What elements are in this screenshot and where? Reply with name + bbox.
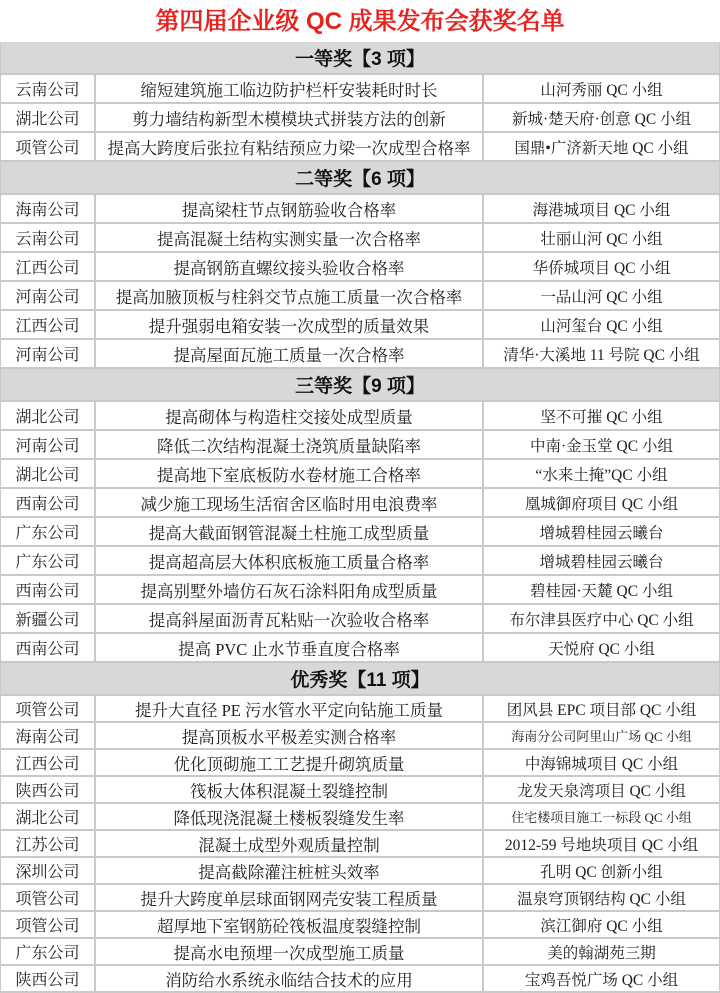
table-row: 项管公司超厚地下室钢筋砼筏板温度裂缝控制滨江御府 QC 小组 bbox=[1, 912, 719, 939]
group-cell: 增城碧桂园云曦台 bbox=[484, 518, 719, 545]
project-cell: 提高钢筋直螺纹接头验收合格率 bbox=[96, 253, 484, 280]
project-cell: 提高加腋顶板与柱斜交节点施工质量一次合格率 bbox=[96, 282, 484, 309]
project-cell: 缩短建筑施工临边防护栏杆安装耗时时长 bbox=[96, 75, 484, 102]
table-row: 深圳公司提高截除灌注桩桩头效率孔明 QC 创新小组 bbox=[1, 858, 719, 885]
company-cell: 广东公司 bbox=[1, 518, 96, 545]
table-row: 项管公司提高大跨度后张拉有粘结预应力梁一次成型合格率国鼎•广济新天地 QC 小组 bbox=[1, 133, 719, 162]
project-cell: 提高梁柱节点钢筋验收合格率 bbox=[96, 195, 484, 222]
company-cell: 项管公司 bbox=[1, 885, 96, 910]
group-cell: 温泉穹顶钢结构 QC 小组 bbox=[484, 885, 719, 910]
group-cell: 山河秀丽 QC 小组 bbox=[484, 75, 719, 102]
project-cell: 提高大跨度后张拉有粘结预应力梁一次成型合格率 bbox=[96, 133, 484, 160]
project-cell: 提高水电预埋一次成型施工质量 bbox=[96, 939, 484, 964]
table-row: 湖北公司提高地下室底板防水卷材施工合格率“水来土掩”QC 小组 bbox=[1, 460, 719, 489]
table-row: 陕西公司消防给水系统永临结合技术的应用宝鸡吾悦广场 QC 小组 bbox=[1, 966, 719, 993]
project-cell: 提高超高层大体积底板施工质量合格率 bbox=[96, 547, 484, 574]
company-cell: 项管公司 bbox=[1, 912, 96, 937]
project-cell: 提升大跨度单层球面钢网壳安装工程质量 bbox=[96, 885, 484, 910]
table-row: 湖北公司降低现浇混凝土楼板裂缝发生率住宅楼项目施工一标段 QC 小组 bbox=[1, 804, 719, 831]
table-row: 新疆公司提高斜屋面沥青瓦粘贴一次验收合格率布尔津县医疗中心 QC 小组 bbox=[1, 605, 719, 634]
project-cell: 提高 PVC 止水节垂直度合格率 bbox=[96, 634, 484, 661]
company-cell: 项管公司 bbox=[1, 696, 96, 721]
table-row: 江西公司提高钢筋直螺纹接头验收合格率华侨城项目 QC 小组 bbox=[1, 253, 719, 282]
table-row: 广东公司提高水电预埋一次成型施工质量美的翰湖苑三期 bbox=[1, 939, 719, 966]
project-cell: 提高大截面钢管混凝土柱施工成型质量 bbox=[96, 518, 484, 545]
project-cell: 提高斜屋面沥青瓦粘贴一次验收合格率 bbox=[96, 605, 484, 632]
table-row: 项管公司提升大跨度单层球面钢网壳安装工程质量温泉穹顶钢结构 QC 小组 bbox=[1, 885, 719, 912]
company-cell: 江西公司 bbox=[1, 311, 96, 338]
group-cell: 宝鸡吾悦广场 QC 小组 bbox=[484, 966, 719, 991]
company-cell: 海南公司 bbox=[1, 195, 96, 222]
group-cell: 滨江御府 QC 小组 bbox=[484, 912, 719, 937]
project-cell: 筏板大体积混凝土裂缝控制 bbox=[96, 777, 484, 802]
group-cell: 团风县 EPC 项目部 QC 小组 bbox=[484, 696, 719, 721]
table-row: 江西公司提升强弱电箱安装一次成型的质量效果山河玺台 QC 小组 bbox=[1, 311, 719, 340]
table-row: 河南公司提高屋面瓦施工质量一次合格率清华·大溪地 11 号院 QC 小组 bbox=[1, 340, 719, 369]
company-cell: 新疆公司 bbox=[1, 605, 96, 632]
project-cell: 提升强弱电箱安装一次成型的质量效果 bbox=[96, 311, 484, 338]
group-cell: 海港城项目 QC 小组 bbox=[484, 195, 719, 222]
project-cell: 提升大直径 PE 污水管水平定向钻施工质量 bbox=[96, 696, 484, 721]
table-row: 湖北公司提高砌体与构造柱交接处成型质量坚不可摧 QC 小组 bbox=[1, 402, 719, 431]
company-cell: 湖北公司 bbox=[1, 104, 96, 131]
group-cell: 壮丽山河 QC 小组 bbox=[484, 224, 719, 251]
table-row: 河南公司提高加腋顶板与柱斜交节点施工质量一次合格率一品山河 QC 小组 bbox=[1, 282, 719, 311]
project-cell: 减少施工现场生活宿舍区临时用电浪费率 bbox=[96, 489, 484, 516]
company-cell: 西南公司 bbox=[1, 634, 96, 661]
project-cell: 剪力墙结构新型木模模块式拼装方法的创新 bbox=[96, 104, 484, 131]
table-row: 项管公司提升大直径 PE 污水管水平定向钻施工质量团风县 EPC 项目部 QC … bbox=[1, 696, 719, 723]
project-cell: 优化顶砌施工工艺提升砌筑质量 bbox=[96, 750, 484, 775]
table-row: 河南公司降低二次结构混凝土浇筑质量缺陷率中南·金玉堂 QC 小组 bbox=[1, 431, 719, 460]
project-cell: 降低二次结构混凝土浇筑质量缺陷率 bbox=[96, 431, 484, 458]
company-cell: 江西公司 bbox=[1, 253, 96, 280]
project-cell: 提高混凝土结构实测实量一次合格率 bbox=[96, 224, 484, 251]
table-row: 云南公司缩短建筑施工临边防护栏杆安装耗时时长山河秀丽 QC 小组 bbox=[1, 75, 719, 104]
table-row: 西南公司提高 PVC 止水节垂直度合格率天悦府 QC 小组 bbox=[1, 634, 719, 663]
group-cell: 碧桂园·天麓 QC 小组 bbox=[484, 576, 719, 603]
table-row: 西南公司提高别墅外墙仿石灰石涂料阳角成型质量碧桂园·天麓 QC 小组 bbox=[1, 576, 719, 605]
project-cell: 混凝土成型外观质量控制 bbox=[96, 831, 484, 856]
group-cell: 龙发天泉湾项目 QC 小组 bbox=[484, 777, 719, 802]
table-row: 陕西公司筏板大体积混凝土裂缝控制龙发天泉湾项目 QC 小组 bbox=[1, 777, 719, 804]
company-cell: 湖北公司 bbox=[1, 804, 96, 829]
awards-page: 第四届企业级 QC 成果发布会获奖名单 一等奖【3 项】云南公司缩短建筑施工临边… bbox=[0, 0, 720, 993]
company-cell: 广东公司 bbox=[1, 939, 96, 964]
project-cell: 提高地下室底板防水卷材施工合格率 bbox=[96, 460, 484, 487]
company-cell: 西南公司 bbox=[1, 576, 96, 603]
group-cell: 国鼎•广济新天地 QC 小组 bbox=[484, 133, 719, 160]
group-cell: 海南分公司阿里山广场 QC 小组 bbox=[484, 723, 719, 748]
section-header: 三等奖【9 项】 bbox=[1, 369, 719, 402]
group-cell: 新城·楚天府·创意 QC 小组 bbox=[484, 104, 719, 131]
company-cell: 湖北公司 bbox=[1, 460, 96, 487]
company-cell: 海南公司 bbox=[1, 723, 96, 748]
group-cell: 住宅楼项目施工一标段 QC 小组 bbox=[484, 804, 719, 829]
company-cell: 河南公司 bbox=[1, 431, 96, 458]
table-row: 西南公司减少施工现场生活宿舍区临时用电浪费率凰城御府项目 QC 小组 bbox=[1, 489, 719, 518]
group-cell: 孔明 QC 创新小组 bbox=[484, 858, 719, 883]
company-cell: 西南公司 bbox=[1, 489, 96, 516]
company-cell: 项管公司 bbox=[1, 133, 96, 160]
group-cell: 中南·金玉堂 QC 小组 bbox=[484, 431, 719, 458]
section-header: 二等奖【6 项】 bbox=[1, 162, 719, 195]
group-cell: 中海锦城项目 QC 小组 bbox=[484, 750, 719, 775]
group-cell: 一品山河 QC 小组 bbox=[484, 282, 719, 309]
table-row: 云南公司提高混凝土结构实测实量一次合格率壮丽山河 QC 小组 bbox=[1, 224, 719, 253]
group-cell: 坚不可摧 QC 小组 bbox=[484, 402, 719, 429]
company-cell: 河南公司 bbox=[1, 282, 96, 309]
project-cell: 提高截除灌注桩桩头效率 bbox=[96, 858, 484, 883]
section-header: 一等奖【3 项】 bbox=[1, 42, 719, 75]
group-cell: 天悦府 QC 小组 bbox=[484, 634, 719, 661]
group-cell: 布尔津县医疗中心 QC 小组 bbox=[484, 605, 719, 632]
table-row: 海南公司提高梁柱节点钢筋验收合格率海港城项目 QC 小组 bbox=[1, 195, 719, 224]
page-title: 第四届企业级 QC 成果发布会获奖名单 bbox=[0, 0, 720, 42]
project-cell: 提高砌体与构造柱交接处成型质量 bbox=[96, 402, 484, 429]
company-cell: 江西公司 bbox=[1, 750, 96, 775]
awards-table: 一等奖【3 项】云南公司缩短建筑施工临边防护栏杆安装耗时时长山河秀丽 QC 小组… bbox=[0, 42, 720, 993]
table-row: 江西公司优化顶砌施工工艺提升砌筑质量中海锦城项目 QC 小组 bbox=[1, 750, 719, 777]
company-cell: 云南公司 bbox=[1, 75, 96, 102]
company-cell: 陕西公司 bbox=[1, 777, 96, 802]
company-cell: 河南公司 bbox=[1, 340, 96, 367]
project-cell: 提高顶板水平极差实测合格率 bbox=[96, 723, 484, 748]
group-cell: 华侨城项目 QC 小组 bbox=[484, 253, 719, 280]
table-row: 江苏公司混凝土成型外观质量控制2012-59 号地块项目 QC 小组 bbox=[1, 831, 719, 858]
company-cell: 深圳公司 bbox=[1, 858, 96, 883]
company-cell: 广东公司 bbox=[1, 547, 96, 574]
company-cell: 云南公司 bbox=[1, 224, 96, 251]
project-cell: 消防给水系统永临结合技术的应用 bbox=[96, 966, 484, 991]
table-row: 广东公司提高大截面钢管混凝土柱施工成型质量增城碧桂园云曦台 bbox=[1, 518, 719, 547]
group-cell: 2012-59 号地块项目 QC 小组 bbox=[484, 831, 719, 856]
group-cell: 美的翰湖苑三期 bbox=[484, 939, 719, 964]
company-cell: 陕西公司 bbox=[1, 966, 96, 991]
company-cell: 湖北公司 bbox=[1, 402, 96, 429]
group-cell: 凰城御府项目 QC 小组 bbox=[484, 489, 719, 516]
table-row: 广东公司提高超高层大体积底板施工质量合格率增城碧桂园云曦台 bbox=[1, 547, 719, 576]
table-row: 海南公司提高顶板水平极差实测合格率海南分公司阿里山广场 QC 小组 bbox=[1, 723, 719, 750]
group-cell: 山河玺台 QC 小组 bbox=[484, 311, 719, 338]
project-cell: 降低现浇混凝土楼板裂缝发生率 bbox=[96, 804, 484, 829]
table-row: 湖北公司剪力墙结构新型木模模块式拼装方法的创新新城·楚天府·创意 QC 小组 bbox=[1, 104, 719, 133]
project-cell: 提高屋面瓦施工质量一次合格率 bbox=[96, 340, 484, 367]
project-cell: 提高别墅外墙仿石灰石涂料阳角成型质量 bbox=[96, 576, 484, 603]
project-cell: 超厚地下室钢筋砼筏板温度裂缝控制 bbox=[96, 912, 484, 937]
company-cell: 江苏公司 bbox=[1, 831, 96, 856]
group-cell: 增城碧桂园云曦台 bbox=[484, 547, 719, 574]
section-header: 优秀奖【11 项】 bbox=[1, 663, 719, 696]
group-cell: 清华·大溪地 11 号院 QC 小组 bbox=[484, 340, 719, 367]
group-cell: “水来土掩”QC 小组 bbox=[484, 460, 719, 487]
